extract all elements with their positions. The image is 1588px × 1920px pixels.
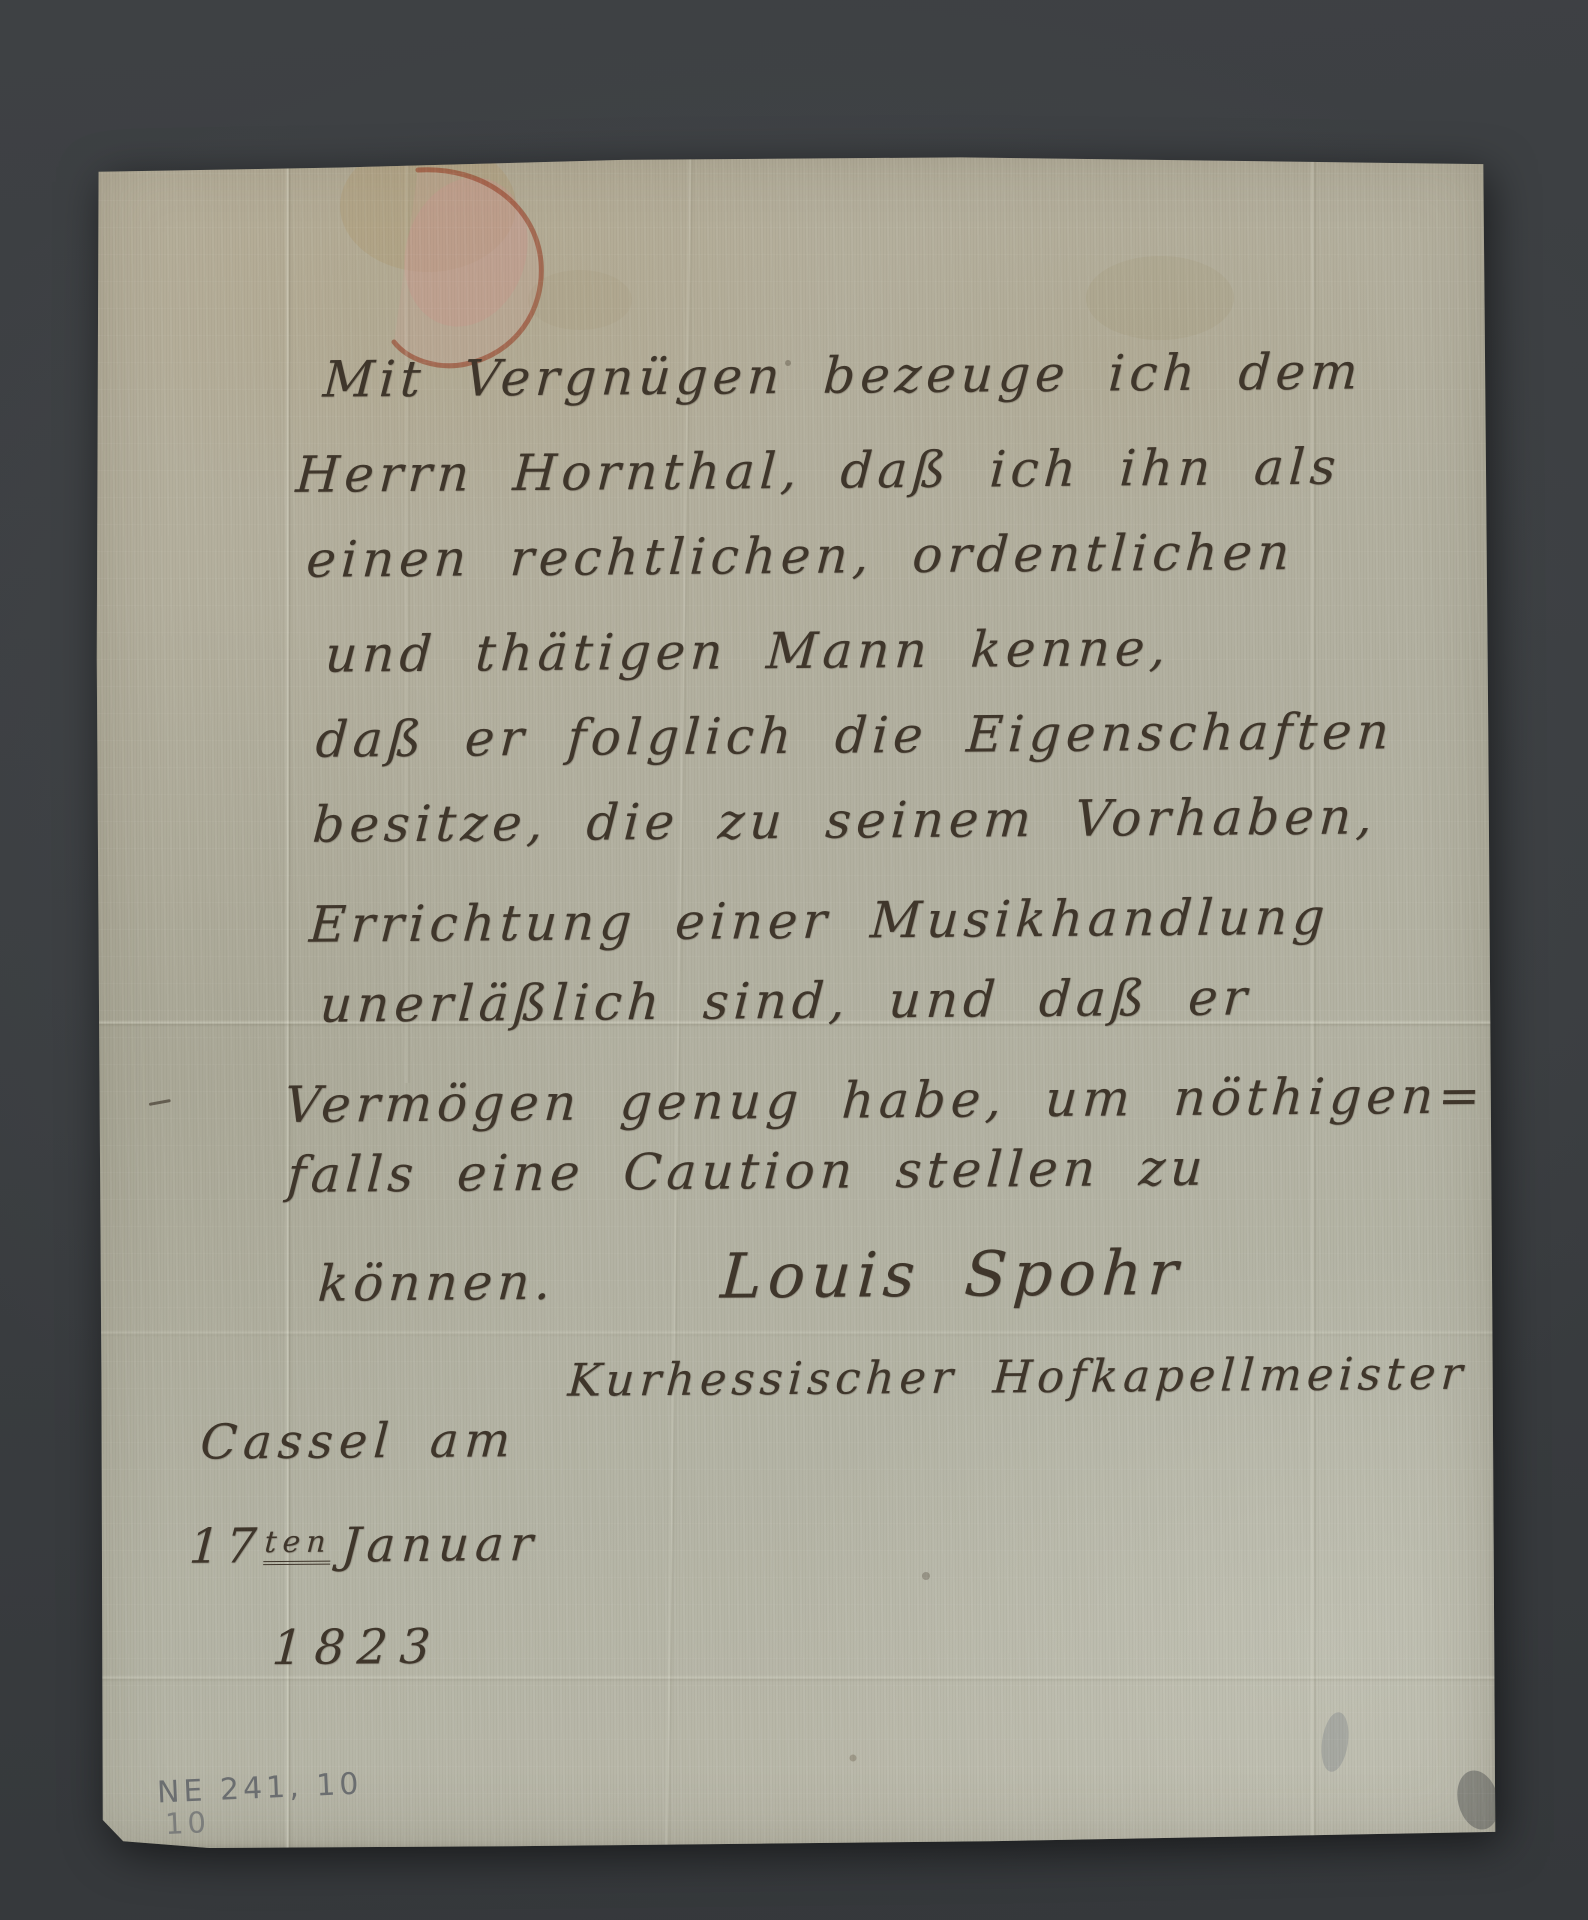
letter-line-9: Vermögen genug habe, um nöthigen= [283,1067,1487,1134]
letter-line-1: Mit Vergnügen bezeuge ich dem [321,342,1364,408]
pencil-number: 10 [164,1805,210,1841]
signature-louis-spohr: Louis Spohr [719,1236,1186,1313]
dateline-day-suffix: ten [263,1525,333,1566]
letter-line-8: unerläßlich sind, und daß er [318,968,1253,1033]
letter-line-2: Herrn Hornthal, daß ich ihn als [294,438,1342,504]
letter-line-11: können. [316,1253,557,1313]
dateline-day: 17 [188,1518,265,1575]
letter-line-11-with-signature: können.Louis Spohr [316,1244,1185,1313]
dateline-date: 17tenJanuar [188,1516,541,1575]
signature-title: Kurhessischer Hofkapellmeister [566,1347,1469,1407]
dateline-month: Januar [340,1516,541,1574]
letter-line-10: falls eine Caution stellen zu [286,1139,1210,1204]
photo-background: Mit Vergnügen bezeuge ich dem Herrn Horn… [0,0,1588,1920]
dateline-place: Cassel am [199,1412,518,1471]
handwritten-text-layer: Mit Vergnügen bezeuge ich dem Herrn Horn… [81,142,1502,1853]
letter-line-5: daß er folglich die Eigenschaften [314,702,1396,768]
letter-sheet: Mit Vergnügen bezeuge ich dem Herrn Horn… [88,148,1496,1848]
letter-sheet-wrap: Mit Vergnügen bezeuge ich dem Herrn Horn… [88,148,1496,1848]
letter-line-3: einen rechtlichen, ordentlichen [305,523,1296,589]
letter-line-7: Errichtung einer Musikhandlung [308,888,1332,954]
stray-pen-mark [149,1099,171,1106]
letter-line-4: und thätigen Mann kenne, [323,619,1172,684]
dateline-year: 1823 [270,1619,444,1676]
letter-line-6: besitze, die zu seinem Vorhaben, [311,787,1379,853]
